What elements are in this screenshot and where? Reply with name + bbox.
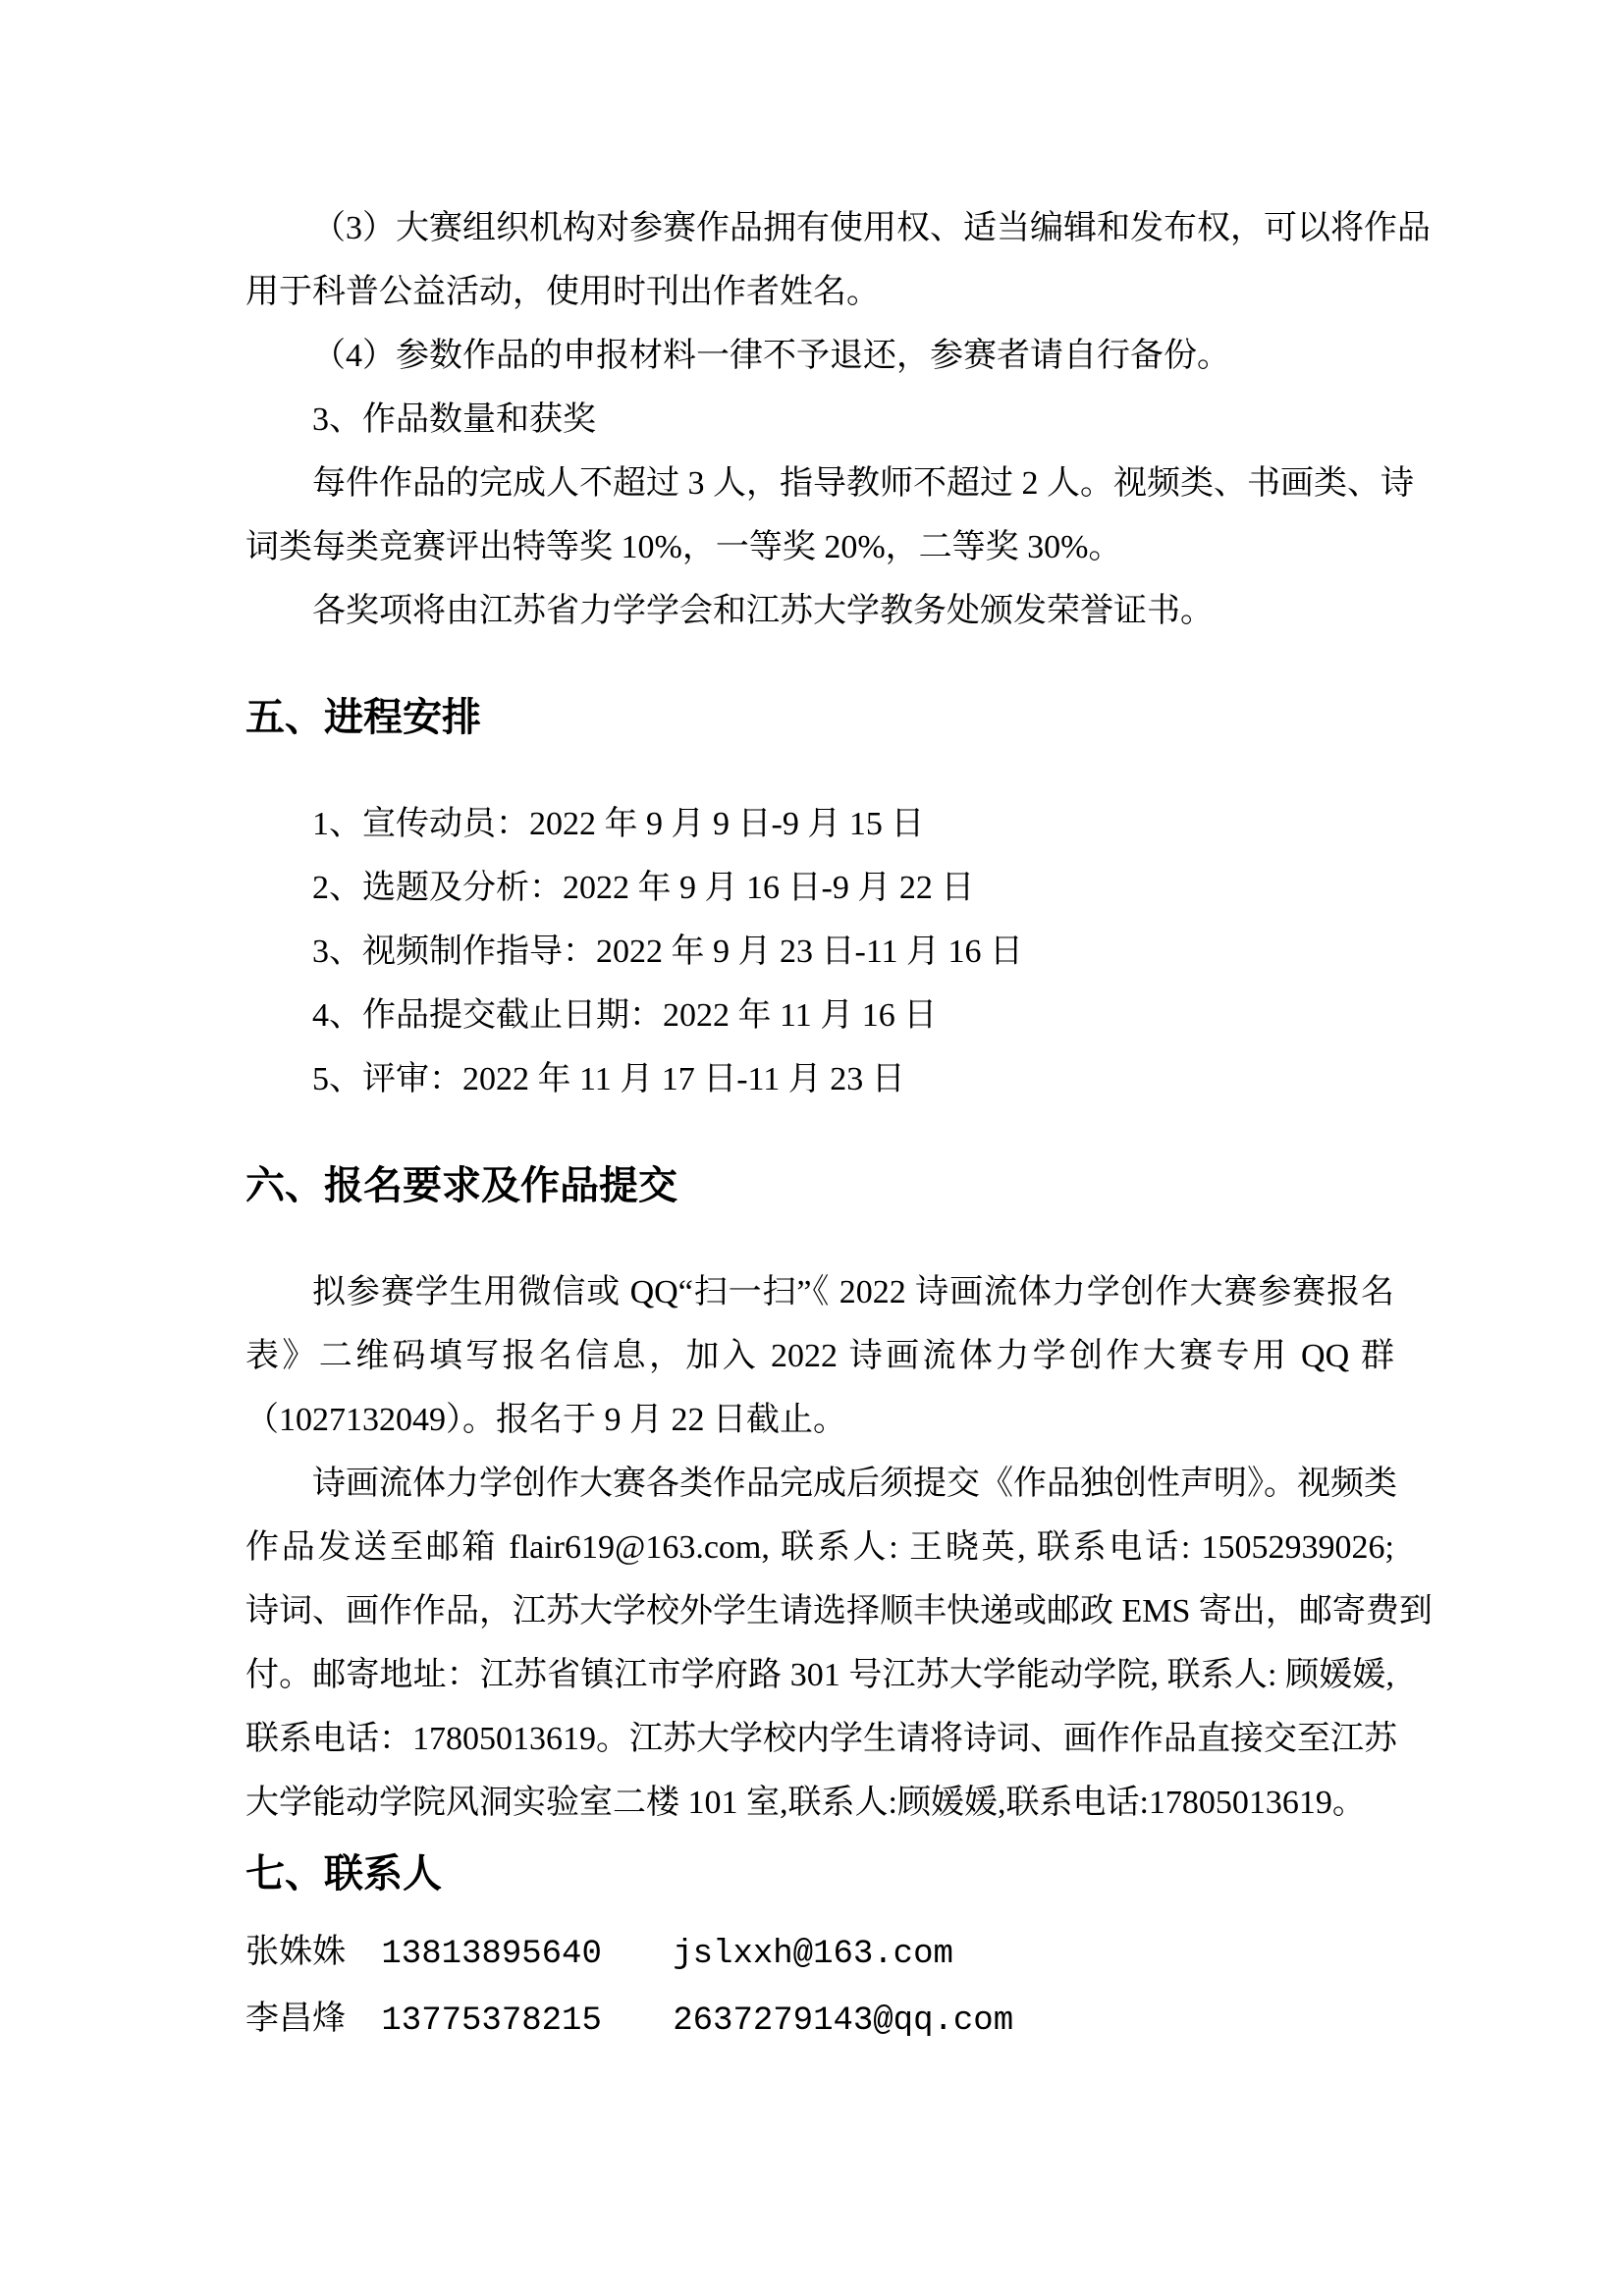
submission-line-6: 大学能动学院风洞实验室二楼 101 室,联系人:顾媛媛,联系电话:1780501…: [245, 1771, 1394, 1835]
registration-line-2: 表》二维码填写报名信息，加入 2022 诗画流体力学创作大赛专用 QQ 群: [245, 1324, 1394, 1388]
clause-4-line: （4）参数作品的申报材料一律不予退还，参赛者请自行备份。: [245, 324, 1394, 388]
contact-row: 李昌烽 13775378215 2637279143@qq.com: [245, 1988, 1394, 2055]
contact-phone: 13813895640: [381, 1936, 601, 1973]
submission-line-5: 联系电话：17805013619。江苏大学校内学生请将诗词、画作作品直接交至江苏: [245, 1707, 1394, 1771]
contact-name: 张姝姝: [245, 1936, 346, 1973]
submission-line-4: 付。邮寄地址：江苏省镇江市学府路 301 号江苏大学能动学院, 联系人: 顾媛媛…: [245, 1643, 1394, 1707]
contact-phone: 13775378215: [381, 2002, 601, 2040]
clause-3-line-2: 用于科普公益活动，使用时刊出作者姓名。: [245, 260, 1394, 324]
contact-email: jslxxh@163.com: [673, 1936, 953, 1973]
submission-line-1: 诗画流体力学创作大赛各类作品完成后须提交《作品独创性声明》。视频类: [245, 1452, 1394, 1516]
clause-3-line-1: （3）大赛组织机构对参赛作品拥有使用权、适当编辑和发布权，可以将作品: [245, 196, 1394, 260]
schedule-item-5: 5、评审：2022 年 11 月 17 日-11 月 23 日: [245, 1047, 1394, 1111]
submission-line-3: 诗词、画作作品，江苏大学校外学生请选择顺丰快递或邮政 EMS 寄出，邮寄费到: [245, 1579, 1394, 1643]
awards-line-1: 每件作品的完成人不超过 3 人，指导教师不超过 2 人。视频类、书画类、诗: [245, 452, 1394, 515]
section-5-heading: 五、进程安排: [245, 690, 1394, 745]
item-3-title: 3、作品数量和获奖: [245, 388, 1394, 452]
document-page: （3）大赛组织机构对参赛作品拥有使用权、适当编辑和发布权，可以将作品 用于科普公…: [0, 0, 1624, 2296]
registration-line-1: 拟参赛学生用微信或 QQ“扫一扫”《 2022 诗画流体力学创作大赛参赛报名: [245, 1260, 1394, 1324]
schedule-item-1: 1、宣传动员：2022 年 9 月 9 日-9 月 15 日: [245, 792, 1394, 856]
section-6-heading: 六、报名要求及作品提交: [245, 1158, 1394, 1213]
schedule-item-4: 4、作品提交截止日期：2022 年 11 月 16 日: [245, 984, 1394, 1047]
contact-name: 李昌烽: [245, 2002, 346, 2040]
certificate-line: 各奖项将由江苏省力学学会和江苏大学教务处颁发荣誉证书。: [245, 579, 1394, 643]
contact-row: 张姝姝 13813895640 jslxxh@163.com: [245, 1921, 1394, 1988]
contact-email: 2637279143@qq.com: [673, 2002, 1013, 2040]
schedule-item-2: 2、选题及分析：2022 年 9 月 16 日-9 月 22 日: [245, 856, 1394, 920]
schedule-item-3: 3、视频制作指导：2022 年 9 月 23 日-11 月 16 日: [245, 920, 1394, 984]
registration-line-3: （1027132049）。报名于 9 月 22 日截止。: [245, 1388, 1394, 1452]
awards-line-2: 词类每类竞赛评出特等奖 10%，一等奖 20%，二等奖 30%。: [245, 515, 1394, 579]
submission-line-2: 作品发送至邮箱 flair619@163.com, 联系人: 王晓英, 联系电话…: [245, 1516, 1394, 1579]
section-7-heading: 七、联系人: [245, 1846, 1394, 1901]
